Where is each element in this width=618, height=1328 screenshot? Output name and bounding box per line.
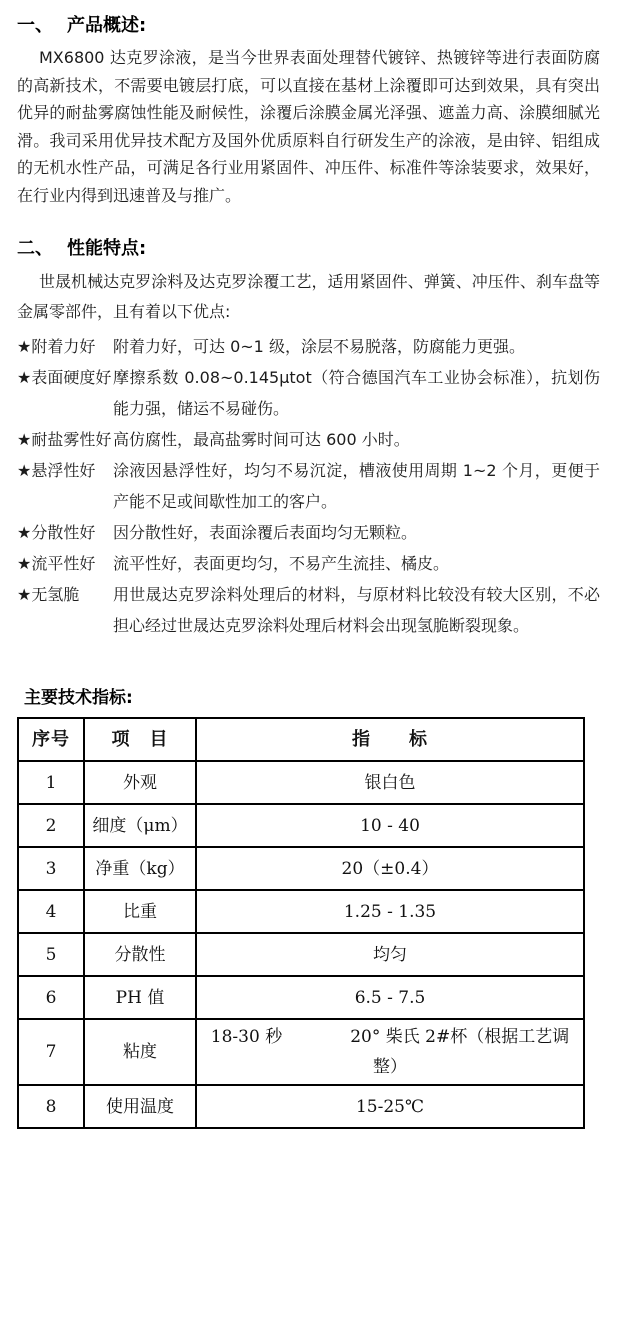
feature-label: ★无氢脆 — [17, 579, 113, 641]
feature-label: ★附着力好 — [17, 331, 113, 362]
specs-section-title: 主要技术指标: — [24, 683, 600, 708]
section-overview-title: 产品概述: — [67, 14, 146, 38]
specs-cell-item: 比重 — [84, 890, 196, 933]
features-list: ★附着力好附着力好，可达 0~1 级，涂层不易脱落，防腐能力更强。★表面硬度好摩… — [17, 331, 600, 641]
specs-table-row-1: 1外观银白色 — [18, 761, 584, 804]
feature-item-4: ★悬浮性好涂液因悬浮性好，均匀不易沉淀，槽液使用周期 1~2 个月，更便于产能不… — [17, 455, 600, 517]
specs-table-row-7: 7粘度18-30 秒 20° 柴氏 2#杯（根据工艺调整） — [18, 1019, 584, 1085]
specs-cell-item: 粘度 — [84, 1019, 196, 1085]
feature-label: ★悬浮性好 — [17, 455, 113, 517]
specs-cell-item: 细度（μm） — [84, 804, 196, 847]
feature-label: ★耐盐雾性好 — [17, 424, 113, 455]
specs-cell-no: 2 — [18, 804, 84, 847]
specs-table-row-5: 5分散性均匀 — [18, 933, 584, 976]
feature-item-3: ★耐盐雾性好高仿腐性，最高盐雾时间可达 600 小时。 — [17, 424, 600, 455]
feature-item-5: ★分散性好因分散性好，表面涂覆后表面均匀无颗粒。 — [17, 517, 600, 548]
feature-description: 用世晟达克罗涂料处理后的材料，与原材料比较没有较大区别，不必担心经过世晟达克罗涂… — [113, 579, 600, 641]
specs-cell-spec: 6.5 - 7.5 — [196, 976, 584, 1019]
specs-table: 序号项 目指 标 1外观银白色2细度（μm）10 - 403净重（kg）20（±… — [17, 717, 585, 1129]
specs-table-row-8: 8使用温度15-25℃ — [18, 1085, 584, 1128]
specs-table-header-row: 序号项 目指 标 — [18, 718, 584, 761]
section-features-heading: 二、 性能特点: — [17, 237, 600, 261]
specs-column-header: 指 标 — [196, 718, 584, 761]
feature-item-7: ★无氢脆用世晟达克罗涂料处理后的材料，与原材料比较没有较大区别，不必担心经过世晟… — [17, 579, 600, 641]
feature-description: 摩擦系数 0.08~0.145μtot（符合德国汽车工业协会标准），抗划伤能力强… — [113, 362, 600, 424]
feature-description: 流平性好，表面更均匀，不易产生流挂、橘皮。 — [113, 548, 600, 579]
features-intro-paragraph: 世晟机械达克罗涂料及达克罗涂覆工艺，适用紧固件、弹簧、冲压件、刹车盘等金属零部件… — [17, 267, 600, 327]
feature-item-1: ★附着力好附着力好，可达 0~1 级，涂层不易脱落，防腐能力更强。 — [17, 331, 600, 362]
specs-cell-spec: 20（±0.4） — [196, 847, 584, 890]
specs-cell-item: 净重（kg） — [84, 847, 196, 890]
feature-item-6: ★流平性好流平性好，表面更均匀，不易产生流挂、橘皮。 — [17, 548, 600, 579]
section-features-title: 性能特点: — [67, 237, 146, 261]
feature-label: ★分散性好 — [17, 517, 113, 548]
specs-cell-no: 1 — [18, 761, 84, 804]
section-overview-number: 一、 — [17, 14, 67, 38]
feature-description: 因分散性好，表面涂覆后表面均匀无颗粒。 — [113, 517, 600, 548]
specs-cell-item: 使用温度 — [84, 1085, 196, 1128]
specs-cell-spec: 银白色 — [196, 761, 584, 804]
specs-cell-spec: 10 - 40 — [196, 804, 584, 847]
specs-table-row-6: 6PH 值6.5 - 7.5 — [18, 976, 584, 1019]
specs-cell-no: 4 — [18, 890, 84, 933]
feature-description: 附着力好，可达 0~1 级，涂层不易脱落，防腐能力更强。 — [113, 331, 600, 362]
specs-cell-spec: 均匀 — [196, 933, 584, 976]
overview-paragraph: MX6800 达克罗涂液，是当今世界表面处理替代镀锌、热镀锌等进行表面防腐的高新… — [17, 44, 600, 209]
specs-table-row-4: 4比重1.25 - 1.35 — [18, 890, 584, 933]
document-page: 一、 产品概述: MX6800 达克罗涂液，是当今世界表面处理替代镀锌、热镀锌等… — [0, 0, 618, 1328]
feature-description: 高仿腐性，最高盐雾时间可达 600 小时。 — [113, 424, 600, 455]
specs-table-row-3: 3净重（kg）20（±0.4） — [18, 847, 584, 890]
specs-cell-spec: 1.25 - 1.35 — [196, 890, 584, 933]
specs-cell-spec: 18-30 秒 20° 柴氏 2#杯（根据工艺调整） — [196, 1019, 584, 1085]
specs-cell-no: 5 — [18, 933, 84, 976]
specs-cell-no: 8 — [18, 1085, 84, 1128]
specs-cell-item: PH 值 — [84, 976, 196, 1019]
section-overview-heading: 一、 产品概述: — [17, 14, 600, 38]
specs-column-header: 序号 — [18, 718, 84, 761]
specs-cell-no: 7 — [18, 1019, 84, 1085]
specs-table-row-2: 2细度（μm）10 - 40 — [18, 804, 584, 847]
feature-description: 涂液因悬浮性好，均匀不易沉淀，槽液使用周期 1~2 个月，更便于产能不足或间歇性… — [113, 455, 600, 517]
specs-cell-item: 外观 — [84, 761, 196, 804]
specs-cell-no: 6 — [18, 976, 84, 1019]
specs-cell-no: 3 — [18, 847, 84, 890]
section-features-number: 二、 — [17, 237, 67, 261]
feature-label: ★流平性好 — [17, 548, 113, 579]
feature-label: ★表面硬度好 — [17, 362, 113, 424]
feature-item-2: ★表面硬度好摩擦系数 0.08~0.145μtot（符合德国汽车工业协会标准），… — [17, 362, 600, 424]
specs-cell-spec: 15-25℃ — [196, 1085, 584, 1128]
specs-cell-item: 分散性 — [84, 933, 196, 976]
specs-column-header: 项 目 — [84, 718, 196, 761]
